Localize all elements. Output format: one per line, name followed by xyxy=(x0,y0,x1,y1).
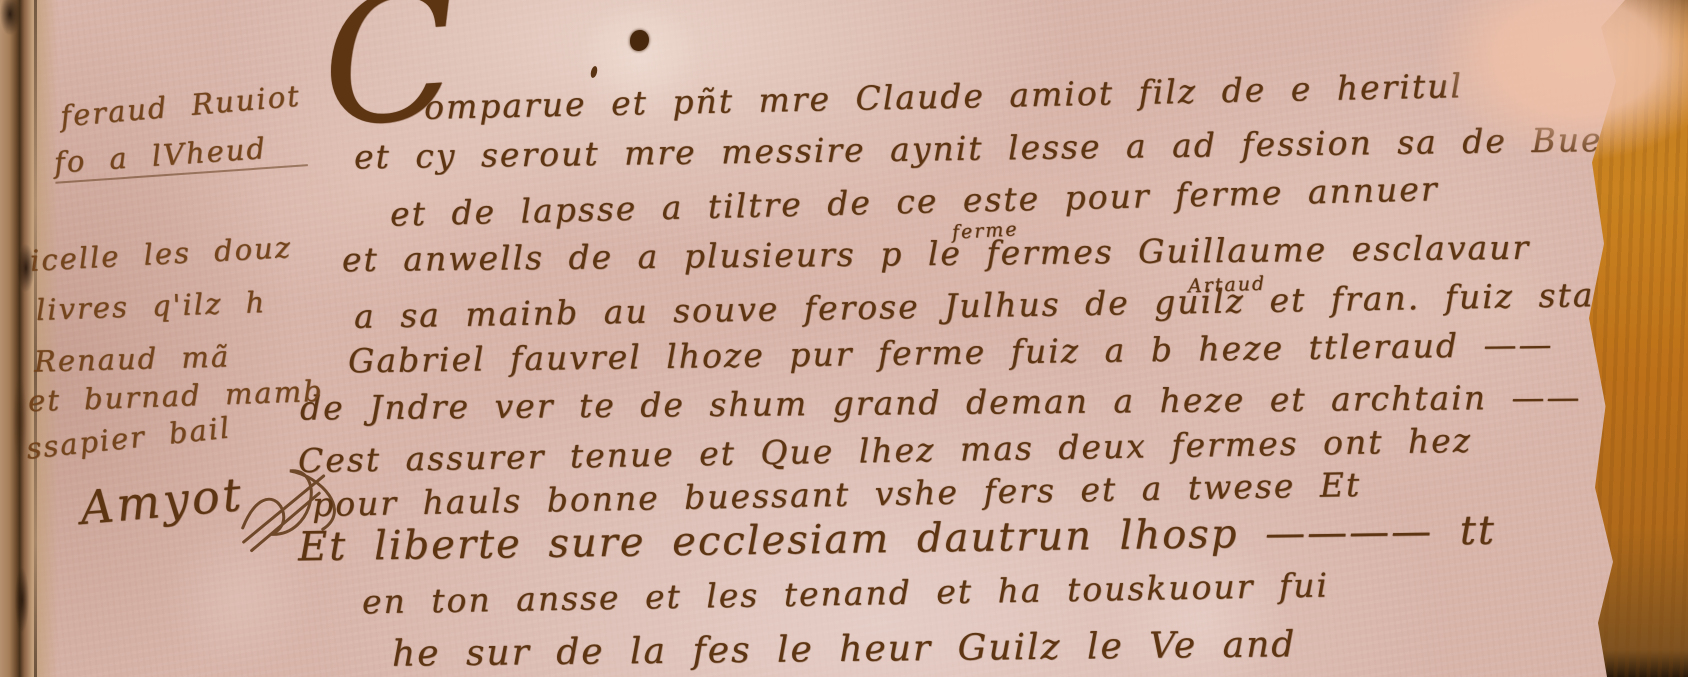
interlinear-word: Artaud xyxy=(1188,275,1267,297)
manuscript-line: de Jndre ver te de shum grand deman a he… xyxy=(300,380,1582,424)
book-gutter xyxy=(0,0,58,677)
interlinear-word: ferme xyxy=(952,220,1020,242)
light-reflection xyxy=(1428,0,1688,162)
margin-note: Renaud mã xyxy=(34,342,231,376)
margin-note: livres q'ilz h xyxy=(36,288,267,325)
manuscript-photo: C omparue et pñt mre Claude amiot filz d… xyxy=(0,0,1688,677)
manuscript-line: he sur de la fes le heur Guilz le Ve and xyxy=(392,627,1297,672)
drop-cap-initial: C xyxy=(316,0,463,152)
